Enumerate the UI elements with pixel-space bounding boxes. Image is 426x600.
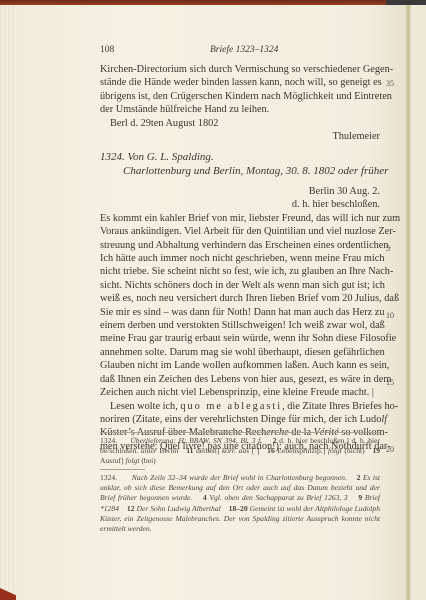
text-line: daß Ihnen ein Zeichen des Lebens von hie… <box>100 373 380 386</box>
letter-heading: 1324. Von G. L. Spalding. Charlottenburg… <box>100 150 388 178</box>
apparatus-divider-short <box>100 469 145 470</box>
running-title: Briefe 1323–1324 <box>210 45 278 55</box>
text-line: Sie mir es sind – was dann für Noth! Dan… <box>100 306 380 319</box>
text-line: noriren (Zitate, eins der verehrlichsten… <box>100 413 380 426</box>
letter-heading-title: 1324. Von G. L. Spalding. <box>100 150 388 164</box>
text-line: sicht. Nichts schöners doch in der Welt … <box>100 279 380 292</box>
line-number: 15 <box>386 378 394 387</box>
text-line: meine Frau gar traurig erbaut sein würde… <box>100 332 380 345</box>
place-date: Berlin 30 Aug. 2. <box>100 185 380 198</box>
apparatus-line: 1324. Überlieferung: H: BBAW, SN 394, Bl… <box>100 436 380 446</box>
place-note: d. h. hier beschloßen. <box>100 198 380 211</box>
text-line: Es kommt ein kahler Brief von mir, liebs… <box>100 212 380 225</box>
text-line: annehmen solte. Darum mag sie wohl überh… <box>100 346 380 359</box>
text-line: Voraus ankündigen. Viel Arbeit für den Q… <box>100 225 380 238</box>
signature: Thulemeier <box>100 130 380 143</box>
text-line: streuung und Abhaltung verhindern das Er… <box>100 239 380 252</box>
text-line: weiß es, noch neu versichert durch Ihren… <box>100 292 380 305</box>
apparatus-line: Ausruf] folgt (bei) <box>100 456 380 466</box>
variant-apparatus: 1324. Überlieferung: H: BBAW, SN 394, Bl… <box>100 436 380 467</box>
text-line: nicht triebe. Sie scheint nicht so fest,… <box>100 265 380 278</box>
apparatus-divider <box>100 432 380 433</box>
text-line: Glauben nicht im Lande wollen aufkommen … <box>100 359 380 372</box>
latin-quote: quo me ablegasti <box>180 401 282 412</box>
letter-heading-date: Charlottenburg und Berlin, Montag, 30. 8… <box>100 164 388 178</box>
text-line: Kirchen-Directorium sich durch Vermischu… <box>100 63 380 76</box>
apparatus-line: be/schloßen. unter Berlin 11 derben] kor… <box>100 446 380 456</box>
text-line: stände die Hände weder binden lassen kan… <box>100 76 380 89</box>
text-line: einem derben und verstokten Stillschweig… <box>100 319 380 332</box>
line-number: 10 <box>386 311 394 320</box>
letter-1324-body: Berlin 30 Aug. 2. d. h. hier beschloßen.… <box>100 185 380 453</box>
line-number: 20 <box>386 445 394 454</box>
text-line: übrigens ist, den Crügerschen Kindern na… <box>100 90 380 103</box>
letter-1323-body: Kirchen-Directorium sich durch Vermischu… <box>100 63 380 143</box>
text-line: Ich hätte auch immer noch nicht geschrie… <box>100 252 380 265</box>
line-number: 35 <box>386 79 394 88</box>
line-number: 5 <box>386 244 390 253</box>
dateline: Berl d. 29ten August 1802 <box>100 117 380 130</box>
page-number: 108 <box>100 45 114 55</box>
text-line: Zeichen auch nicht viel Lebensprinzip, e… <box>100 386 380 399</box>
commentary-apparatus: 1324. Nach Zeile 32–34 wurde der Brief w… <box>100 473 380 534</box>
text-line: Lesen wolte ich, quo me ablegasti, die Z… <box>100 400 380 413</box>
text-line: der Umstände hülfreiche Hand zu leihen. <box>100 103 380 116</box>
facing-page <box>411 5 426 600</box>
